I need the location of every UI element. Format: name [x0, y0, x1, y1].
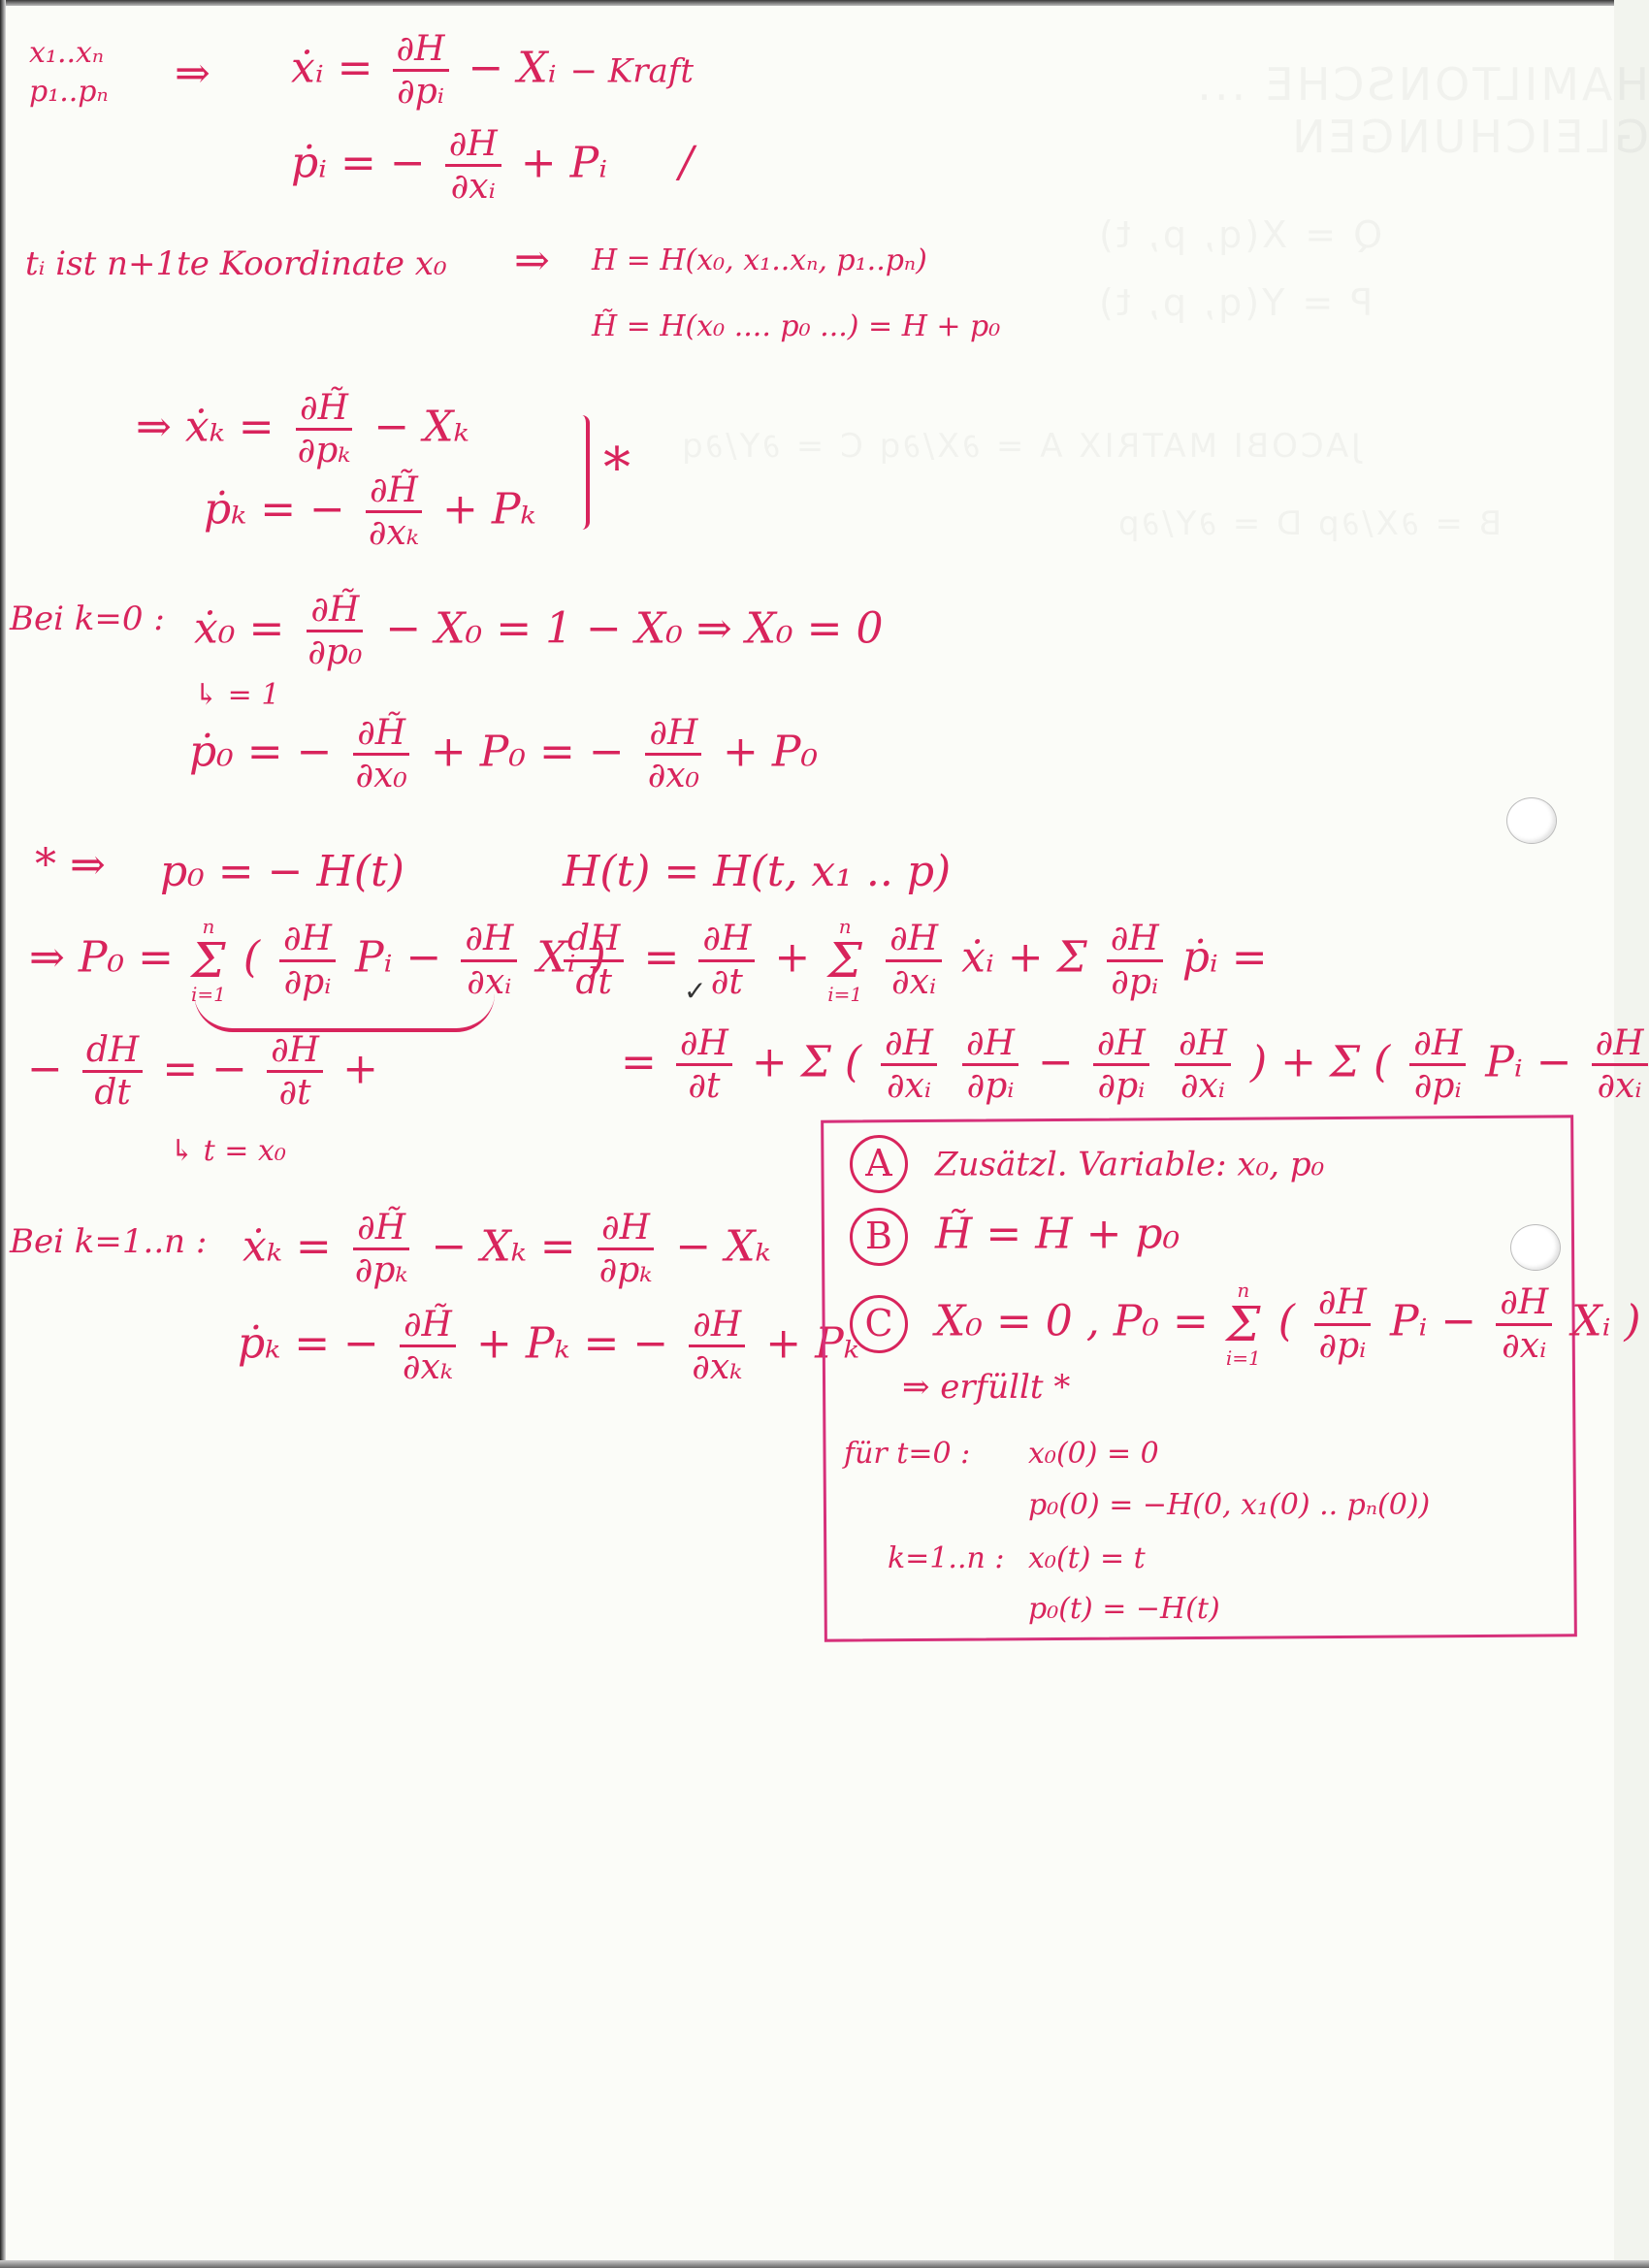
- fraction: dHdt: [82, 1030, 143, 1114]
- note-kraft: − Kraft: [570, 51, 694, 90]
- fraction: ∂H̃∂pₖ: [294, 388, 355, 471]
- H-of-t-def: H(t) = H(t, x₁ .. p): [563, 849, 951, 895]
- ghost-line: B = ∂X/∂p D = ∂Y/∂p: [1115, 504, 1502, 543]
- fraction: ∂H∂pᵢ: [1093, 1023, 1149, 1107]
- fraction: ∂H∂xₖ: [688, 1305, 746, 1388]
- fraction: ∂H̃∂xₖ: [365, 470, 423, 554]
- variables-p: p₁..pₙ: [29, 76, 109, 108]
- k1n-eq-x: ẋₖ = ∂H̃∂pₖ − Xₖ = ∂H∂pₖ − Xₖ: [242, 1208, 771, 1291]
- sum-symbol: nΣi=1: [827, 917, 862, 1004]
- fraction: ∂H∂xᵢ: [881, 1023, 937, 1107]
- initial-x0: x₀(0) = 0: [1028, 1438, 1159, 1470]
- fraction: ∂H̃∂xₖ: [399, 1305, 457, 1388]
- marker-b: B: [850, 1208, 908, 1266]
- fraction: ∂H̃∂p₀: [304, 590, 366, 673]
- scan-edge-right: [1614, 0, 1649, 2268]
- initial-label: für t=0 :: [844, 1438, 970, 1470]
- summary-item-b: B H̃ = H + p₀: [850, 1208, 1180, 1266]
- extended-eq-x: ⇒ ẋₖ = ∂H̃∂pₖ − Xₖ: [136, 388, 469, 471]
- range-x0: x₀(t) = t: [1028, 1542, 1146, 1574]
- initial-p0: p₀(0) = −H(0, x₁(0) .. pₙ(0)): [1028, 1489, 1430, 1521]
- ghost-line: P = Y(q, p, t): [1096, 281, 1373, 324]
- total-derivative-eq: dHdt = ∂H∂t + nΣi=1 ∂H∂xᵢ ẋᵢ + Σ ∂H∂pᵢ ṗ…: [558, 917, 1268, 1004]
- implies-arrow: ⇒: [175, 50, 210, 97]
- punch-hole: [1506, 797, 1557, 844]
- fraction: ∂H∂pᵢ: [393, 29, 449, 113]
- marker-c: C: [850, 1295, 908, 1353]
- fraction: ∂H∂pᵢ: [962, 1023, 1018, 1107]
- underbrace: [194, 980, 495, 1032]
- fraction: ∂H∂xᵢ: [886, 919, 942, 1002]
- fraction: ∂H∂t: [267, 1030, 323, 1114]
- fraction: ∂H∂x₀: [644, 713, 703, 796]
- neg-dHdt-eq: − dHdt = − ∂H∂t +: [27, 1030, 378, 1114]
- scan-edge-left: [0, 0, 6, 2268]
- fraction: ∂H̃∂pₖ: [351, 1208, 412, 1291]
- range-label: k=1..n :: [888, 1542, 1004, 1574]
- star-marker: *: [603, 438, 630, 499]
- t-equals-x0-note: ↳ t = x₀: [170, 1135, 286, 1167]
- case-k0-label: Bei k=0 :: [10, 601, 165, 637]
- fraction: ∂H∂xᵢ: [1175, 1023, 1231, 1107]
- check-mark-icon: ✓: [684, 975, 706, 1007]
- scan-edge-bottom: [0, 2260, 1649, 2268]
- fraction: ∂H∂pᵢ: [1409, 1023, 1466, 1107]
- k0-eq-x: ẋ₀ = ∂H̃∂p₀ − X₀ = 1 − X₀ ⇒ X₀ = 0: [194, 590, 884, 673]
- fraction: ∂H∂xᵢ: [445, 124, 501, 208]
- fraction: ∂H∂t: [676, 1023, 732, 1107]
- right-brace: [572, 415, 590, 530]
- fraction: ∂H̃∂x₀: [352, 713, 411, 796]
- extended-hamiltonian-def: H̃ = H(x₀ .... p₀ ...) = H + p₀: [592, 310, 1000, 342]
- fraction: ∂H∂pᵢ: [1107, 919, 1163, 1002]
- summary-item-c: C X₀ = 0 , P₀ = nΣi=1 ( ∂H∂pᵢ Pᵢ − ∂H∂xᵢ…: [850, 1280, 1641, 1368]
- conclusion: ⇒ erfüllt *: [902, 1370, 1070, 1406]
- fraction: dHdt: [564, 919, 624, 1002]
- hamiltonian-def: H = H(x₀, x₁..xₙ, p₁..pₙ): [592, 244, 927, 276]
- time-coordinate-note: tᵢ ist n+1te Koordinate x₀: [25, 238, 447, 284]
- marker-a: A: [850, 1135, 908, 1193]
- k0-note: ↳ = 1: [194, 679, 279, 711]
- fraction: ∂H∂xᵢ: [1592, 1023, 1648, 1107]
- fraction: ∂H∂t: [698, 919, 755, 1002]
- p0-equals-minus-H: p₀ = − H(t): [160, 849, 404, 895]
- variables-x: x₁..xₙ: [29, 37, 104, 69]
- k1n-eq-p: ṗₖ = − ∂H̃∂xₖ + Pₖ = − ∂H∂xₖ + Pₖ: [238, 1305, 859, 1388]
- implies-arrow: ⇒: [514, 238, 550, 284]
- ghost-title: HAMILTONSCHE ... GLEICHUNGEN: [1018, 58, 1649, 163]
- extended-eq-p: ṗₖ = − ∂H̃∂xₖ + Pₖ: [204, 470, 536, 554]
- hamilton-eq-x: ẋᵢ = ∂H∂pᵢ − Xᵢ − Kraft: [291, 29, 694, 113]
- slash-mark: /: [679, 138, 694, 187]
- summary-item-a: A Zusätzl. Variable: x₀, p₀: [850, 1135, 1324, 1193]
- sum-symbol: nΣi=1: [1226, 1280, 1261, 1368]
- hamilton-eq-p: ṗᵢ = − ∂H∂xᵢ + Pᵢ /: [291, 124, 694, 208]
- fraction: ∂H∂pₖ: [596, 1208, 657, 1291]
- star-implies: * ⇒: [35, 842, 106, 889]
- fraction: ∂H∂pᵢ: [1314, 1282, 1371, 1366]
- ghost-line: Q = X(q, p, t): [1096, 213, 1382, 256]
- ghost-line: JACOBI MATRIX A = ∂X/∂q C = ∂Y/∂q: [679, 427, 1361, 466]
- case-k1n-label: Bei k=1..n :: [10, 1224, 207, 1260]
- k0-eq-p: ṗ₀ = − ∂H̃∂x₀ + P₀ = − ∂H∂x₀ + P₀: [189, 713, 818, 796]
- scan-edge-top: [0, 0, 1649, 6]
- expanded-derivative-eq: = ∂H∂t + Σ ( ∂H∂xᵢ ∂H∂pᵢ − ∂H∂pᵢ ∂H∂xᵢ )…: [621, 1023, 1649, 1107]
- range-p0: p₀(t) = −H(t): [1028, 1593, 1220, 1625]
- fraction: ∂H∂xᵢ: [1496, 1282, 1552, 1366]
